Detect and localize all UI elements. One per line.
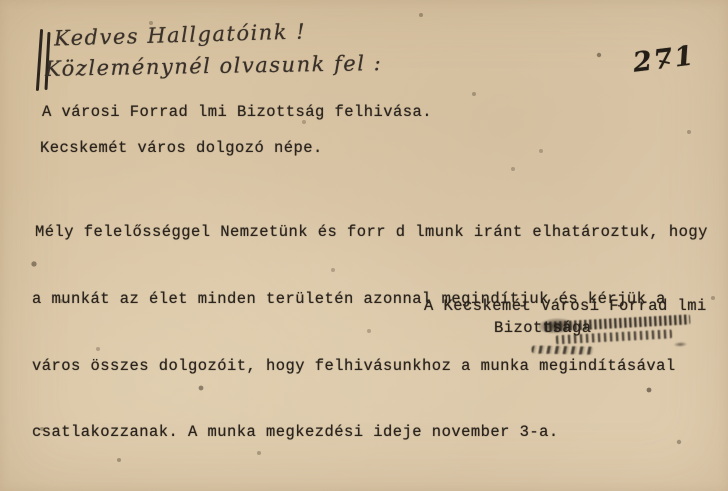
- ink-stamp-underline-squiggle: [531, 346, 593, 355]
- handwritten-page-number: 271: [631, 40, 697, 78]
- document-title: A városi Forrad lmi Bizottság felhivása.: [42, 103, 432, 121]
- ink-stamp-smear: [673, 342, 687, 348]
- ink-stamp-text-line-2: [556, 329, 672, 344]
- scanned-document-page: Kedves Hallgatóink ! Közleménynél olvasu…: [0, 0, 728, 491]
- document-salutation: Kecskemét város dolgozó népe.: [40, 139, 323, 157]
- handwritten-note-line-2: Közleménynél olvasunk fel :: [45, 51, 383, 81]
- insertion-mark-bar: [36, 29, 44, 91]
- paper-specks: [0, 0, 2, 2]
- body-line-1: Mély felelősséggel Nemzetünk és forr d l…: [32, 221, 708, 243]
- body-line-4: csatlakozzanak. A munka megkezdési ideje…: [32, 421, 708, 443]
- ink-stamp: [542, 311, 700, 365]
- handwritten-note-line-1: Kedves Hallgatóink !: [54, 19, 307, 50]
